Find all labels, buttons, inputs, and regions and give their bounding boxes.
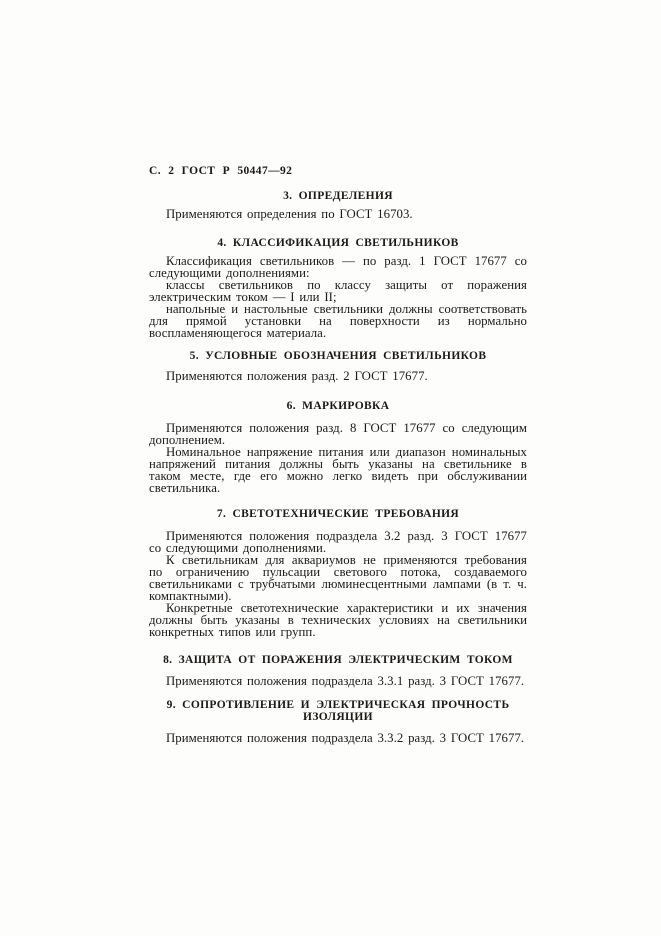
document-text-block: С. 2 ГОСТ Р 50447—92 3. ОПРЕДЕЛЕНИЯ Прим…: [149, 165, 527, 744]
section-6-paragraph-1: Применяются положения разд. 8 ГОСТ 17677…: [149, 422, 527, 446]
section-7-paragraph-2: К светильникам для аквариумов не применя…: [149, 554, 527, 602]
section-3-paragraph-1: Применяются определения по ГОСТ 16703.: [149, 208, 527, 220]
section-7-paragraph-3: Конкретные светотехнические характеристи…: [149, 602, 527, 638]
section-9-paragraph-1: Применяются положения подраздела 3.3.2 р…: [149, 732, 527, 744]
section-heading-8-electric-shock-protection: 8. ЗАЩИТА ОТ ПОРАЖЕНИЯ ЭЛЕКТРИЧЕСКИМ ТОК…: [149, 654, 527, 666]
section-heading-5-designations: 5. УСЛОВНЫЕ ОБОЗНАЧЕНИЯ СВЕТИЛЬНИКОВ: [149, 350, 527, 362]
section-4-paragraph-3: напольные и настольные светильники должн…: [149, 303, 527, 339]
document-page: С. 2 ГОСТ Р 50447—92 3. ОПРЕДЕЛЕНИЯ Прим…: [0, 0, 661, 936]
section-heading-3-definitions: 3. ОПРЕДЕЛЕНИЯ: [149, 190, 527, 202]
section-heading-4-classification: 4. КЛАССИФИКАЦИЯ СВЕТИЛЬНИКОВ: [149, 237, 527, 249]
section-5-paragraph-1: Применяются положения разд. 2 ГОСТ 17677…: [149, 370, 527, 382]
section-4-paragraph-2: классы светильников по классу защиты от …: [149, 279, 527, 303]
section-4-paragraph-1: Классификация светильников — по разд. 1 …: [149, 255, 527, 279]
section-heading-9-insulation-resistance: 9. СОПРОТИВЛЕНИЕ И ЭЛЕКТРИЧЕСКАЯ ПРОЧНОС…: [149, 699, 527, 723]
section-6-paragraph-2: Номинальное напряжение питания или диапа…: [149, 446, 527, 494]
section-heading-6-marking: 6. МАРКИРОВКА: [149, 400, 527, 412]
page-header: С. 2 ГОСТ Р 50447—92: [149, 165, 527, 177]
section-8-paragraph-1: Применяются положения подраздела 3.3.1 р…: [149, 675, 527, 687]
section-7-paragraph-1: Применяются положения подраздела 3.2 раз…: [149, 530, 527, 554]
section-heading-7-lighting-requirements: 7. СВЕТОТЕХНИЧЕСКИЕ ТРЕБОВАНИЯ: [149, 508, 527, 520]
